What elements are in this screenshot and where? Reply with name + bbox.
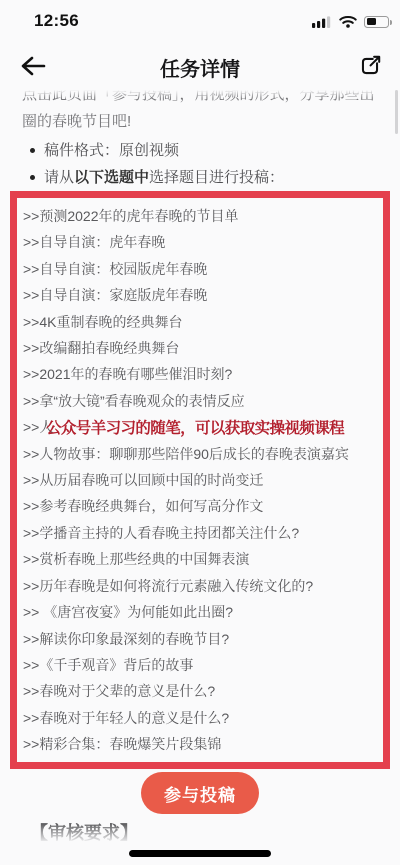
topic-item: >>历年春晚是如何将流行元素融入传统文化的? bbox=[23, 573, 375, 599]
bullet-dot bbox=[30, 175, 35, 180]
share-icon bbox=[357, 53, 383, 79]
page-title: 任务详情 bbox=[0, 53, 400, 82]
requirement-text: 请从 bbox=[44, 169, 74, 186]
topic-item: >>春晚对于父辈的意义是什么? bbox=[23, 678, 375, 704]
requirement-text-post: 选择题目进行投稿： bbox=[149, 169, 284, 186]
topic-item: >>预测2022年的虎年春晚的节目单 bbox=[23, 203, 375, 229]
requirements-list: 稿件格式：原创视频 请从以下选题中选择题目进行投稿： bbox=[0, 137, 400, 191]
topic-item: >>春晚对于年轻人的意义是什么? bbox=[23, 705, 375, 731]
topic-list: >>预测2022年的虎年春晚的节目单>>自导自演：虎年春晚>>自导自演：校园版虎… bbox=[23, 203, 375, 758]
topic-item: >>《千手观音》背后的故事 bbox=[23, 652, 375, 678]
topic-item: >>精彩合集：春晚爆笑片段集锦 bbox=[23, 731, 375, 757]
topic-item: >>4K重制春晚的经典舞台 bbox=[23, 309, 375, 335]
share-button[interactable] bbox=[354, 51, 386, 83]
scrollbar-thumb[interactable] bbox=[395, 90, 398, 134]
status-icons bbox=[312, 15, 389, 28]
topic-list-box: >>预测2022年的虎年春晚的节目单>>自导自演：虎年春晚>>自导自演：校园版虎… bbox=[10, 191, 390, 769]
topic-item: >>从历届春晚可以回顾中国的时尚变迁 bbox=[23, 467, 375, 493]
intro-text: 点击此页面「参与投稿」，用视频的形式，分享那些出圈的春晚节目吧! bbox=[22, 88, 386, 135]
status-time: 12:56 bbox=[34, 11, 79, 31]
topic-item: >>学播音主持的人看春晚主持团都关注什么? bbox=[23, 520, 375, 546]
topic-item: >>自导自演：虎年春晚 bbox=[23, 229, 375, 255]
topic-item: >> 《唐宫夜宴》为何能如此出圈? bbox=[23, 599, 375, 625]
battery-nub bbox=[390, 20, 393, 25]
battery-level bbox=[367, 18, 376, 25]
topic-item: >>拿“放大镜”看春晚观众的表情反应 bbox=[23, 388, 375, 414]
requirement-format: 稿件格式：原创视频 bbox=[0, 137, 400, 164]
home-indicator[interactable] bbox=[129, 850, 271, 857]
topic-item: >>赏析春晚上那些经典的中国舞表演 bbox=[23, 546, 375, 572]
cellular-signal-icon bbox=[312, 16, 332, 28]
topic-item: >>自导自演：家庭版虎年春晚 bbox=[23, 282, 375, 308]
battery-icon bbox=[364, 16, 389, 28]
topic-item: >>参考春晚经典舞台，如何写高分作文 bbox=[23, 493, 375, 519]
bullet-dot bbox=[30, 148, 35, 153]
status-bar: 12:56 bbox=[0, 0, 400, 44]
section-heading-review: 【审核要求】 bbox=[30, 819, 400, 845]
submit-button[interactable]: 参与投稿 bbox=[141, 772, 259, 814]
task-detail-content: 点击此页面「参与投稿」，用视频的形式，分享那些出圈的春晚节目吧! 稿件格式：原创… bbox=[0, 88, 400, 865]
requirement-topic-choice: 请从以下选题中选择题目进行投稿： bbox=[0, 164, 400, 191]
wifi-icon bbox=[339, 15, 357, 28]
topic-item: >>人物故事：聊聊那些陪伴90后成长的春晚表演嘉宾 bbox=[23, 441, 375, 467]
nav-bar: 任务详情 bbox=[0, 44, 400, 88]
requirement-text-bold: 以下选题中 bbox=[74, 169, 149, 186]
topic-item: >>解读你印象最深刻的春晚节目? bbox=[23, 626, 375, 652]
topic-item: >>改编翻拍春晚经典舞台 bbox=[23, 335, 375, 361]
topic-item: >>2021年的春晚有哪些催泪时刻? bbox=[23, 361, 375, 387]
watermark-text: 公众号羊习习的随笔，可以获取实操视频课程 bbox=[46, 416, 344, 438]
requirement-text: 稿件格式：原创视频 bbox=[44, 142, 179, 159]
topic-item: >>自导自演：校园版虎年春晚 bbox=[23, 256, 375, 282]
screen: 12:56 任务详情 bbox=[0, 0, 400, 865]
